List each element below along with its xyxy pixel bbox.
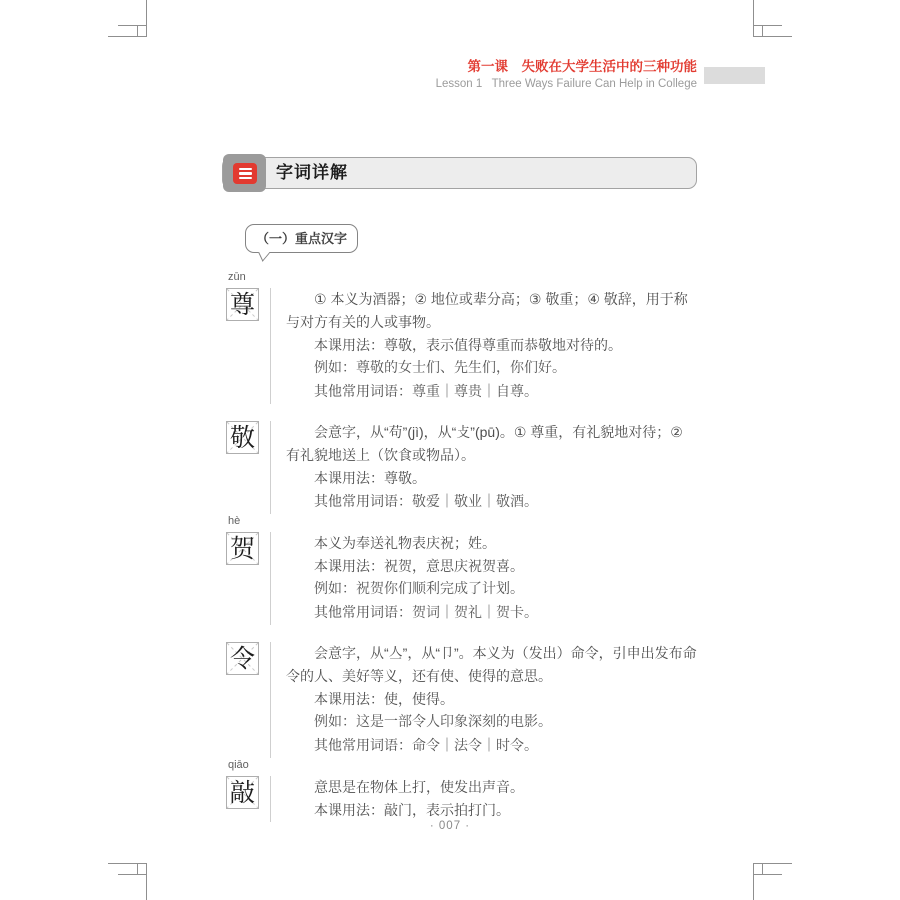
lesson-usage-text: 本课用法：敲门，表示拍打门。: [286, 799, 700, 822]
character-entry-he: hè 贺 本义为奉送礼物表庆祝；姓。 本课用法：祝贺，意思庆祝贺喜。 例如：祝贺…: [222, 514, 700, 625]
definition-text: ① 本义为酒器；② 地位或辈分高；③ 敬重；④ 敬辞，用于称与对方有关的人或事物…: [286, 288, 700, 334]
crop-mark-bottom-right: [736, 844, 792, 900]
pinyin-label: qiāo: [228, 758, 700, 773]
lesson-title-en: Lesson 1 Three Ways Failure Can Help in …: [0, 78, 697, 90]
running-head: 第一课 失败在大学生活中的三种功能 Lesson 1 Three Ways Fa…: [0, 55, 697, 90]
pinyin-label: hè: [228, 514, 700, 529]
character-entry-ling: 令 会意字，从“亼”，从“卩”。本义为（发出）命令，引申出发布命令的人、美好等义…: [222, 642, 700, 758]
example-sentence: 例如：这是一部令人印象深刻的电影。: [286, 711, 700, 734]
lesson-usage-text: 本课用法：尊敬。: [286, 467, 700, 490]
common-words-label: 其他常用词语：: [314, 737, 412, 753]
pinyin-label: zūn: [228, 270, 700, 285]
page-number: · 007 ·: [0, 820, 900, 832]
common-words-value: 尊重｜尊贵｜自尊。: [412, 384, 538, 400]
definition-text: 会意字，从“苟”(jì)，从“攴”(pū)。① 尊重，有礼貌地对待；② 有礼貌地…: [286, 421, 700, 467]
entry-body: 会意字，从“亼”，从“卩”。本义为（发出）命令，引申出发布命令的人、美好等义，还…: [270, 642, 700, 758]
character-entry-zun: zūn 尊 ① 本义为酒器；② 地位或辈分高；③ 敬重；④ 敬辞，用于称与对方有…: [222, 270, 700, 404]
crop-mark-bottom-left: [108, 844, 164, 900]
common-words-value: 敬爱｜敬业｜敬酒。: [412, 494, 538, 510]
common-words-line: 其他常用词语：命令｜法令｜时令。: [286, 734, 700, 758]
common-words-line: 其他常用词语：贺词｜贺礼｜贺卡。: [286, 601, 700, 625]
entry-body: 意思是在物体上打，使发出声音。 本课用法：敲门，表示拍打门。: [270, 776, 700, 822]
character-box: 令: [226, 642, 259, 675]
common-words-label: 其他常用词语：: [314, 604, 412, 620]
example-sentence: 例如：尊敬的女士们、先生们，你们好。: [286, 357, 700, 380]
character-entry-jing: 敬 会意字，从“苟”(jì)，从“攴”(pū)。① 尊重，有礼貌地对待；② 有礼…: [222, 421, 700, 514]
headword-character: 敲: [227, 777, 258, 808]
character-box: 敲: [226, 776, 259, 809]
entries-list: zūn 尊 ① 本义为酒器；② 地位或辈分高；③ 敬重；④ 敬辞，用于称与对方有…: [222, 270, 700, 839]
definition-text: 会意字，从“亼”，从“卩”。本义为（发出）命令，引申出发布命令的人、美好等义，还…: [286, 642, 700, 688]
example-sentence: 例如：祝贺你们顺利完成了计划。: [286, 578, 700, 601]
lesson-usage-text: 本课用法：祝贺，意思庆祝贺喜。: [286, 555, 700, 578]
definition-text: 意思是在物体上打，使发出声音。: [286, 776, 700, 799]
lesson-usage-text: 本课用法：使，使得。: [286, 688, 700, 711]
character-box: 贺: [226, 532, 259, 565]
section-title: 字词详解: [276, 157, 348, 189]
entry-body: 本义为奉送礼物表庆祝；姓。 本课用法：祝贺，意思庆祝贺喜。 例如：祝贺你们顺利完…: [270, 532, 700, 625]
common-words-label: 其他常用词语：: [314, 493, 412, 509]
headword-character: 敬: [227, 422, 258, 453]
common-words-value: 命令｜法令｜时令。: [412, 738, 538, 754]
header-accent-bar: [704, 67, 765, 84]
three-lines-icon: [233, 163, 257, 184]
entry-body: ① 本义为酒器；② 地位或辈分高；③ 敬重；④ 敬辞，用于称与对方有关的人或事物…: [270, 288, 700, 404]
lesson-title-zh: 第一课 失败在大学生活中的三种功能: [0, 55, 697, 75]
character-entry-qiao: qiāo 敲 意思是在物体上打，使发出声音。 本课用法：敲门，表示拍打门。: [222, 758, 700, 822]
headword-character: 尊: [227, 289, 258, 320]
common-words-label: 其他常用词语：: [314, 383, 412, 399]
headword-character: 贺: [227, 533, 258, 564]
common-words-line: 其他常用词语：敬爱｜敬业｜敬酒。: [286, 490, 700, 514]
common-words-line: 其他常用词语：尊重｜尊贵｜自尊。: [286, 380, 700, 404]
headword-character: 令: [227, 643, 258, 674]
crop-mark-top-right: [736, 0, 792, 56]
entry-body: 会意字，从“苟”(jì)，从“攴”(pū)。① 尊重，有礼貌地对待；② 有礼貌地…: [270, 421, 700, 514]
definition-text: 本义为奉送礼物表庆祝；姓。: [286, 532, 700, 555]
character-box: 尊: [226, 288, 259, 321]
common-words-value: 贺词｜贺礼｜贺卡。: [412, 605, 538, 621]
lesson-usage-text: 本课用法：尊敬，表示值得尊重而恭敬地对待的。: [286, 334, 700, 357]
crop-mark-top-left: [108, 0, 164, 56]
character-box: 敬: [226, 421, 259, 454]
